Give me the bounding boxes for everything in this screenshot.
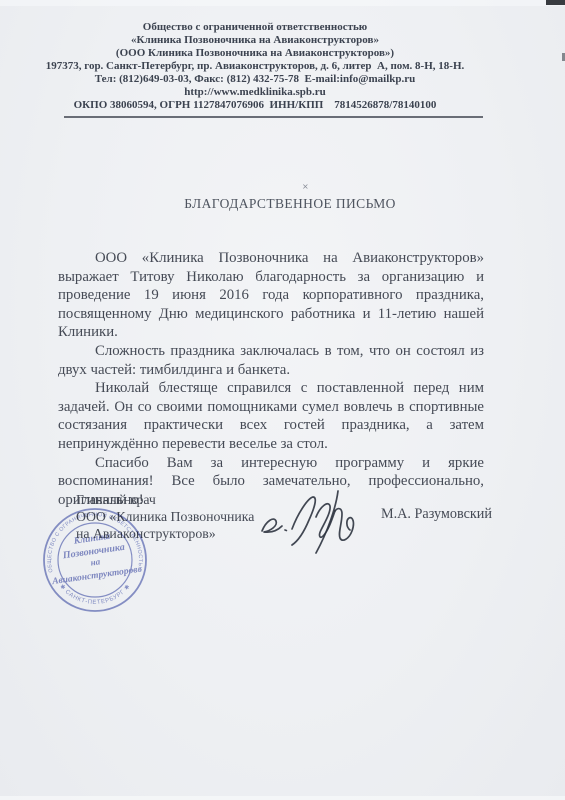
stamp-center-line-4: Авиаконструкторов»: [51, 565, 143, 588]
letter-body: ООО «Клиника Позвоночника на Авиаконстру…: [58, 249, 484, 509]
signer-name: М.А. Разумовский: [381, 506, 492, 523]
letterhead-company-short-name: (ООО Клиника Позвоночника на Авиаконстру…: [0, 47, 510, 60]
body-paragraph-2: Сложность праздника заключалась в том, ч…: [58, 342, 484, 379]
scan-edge-top: [0, 0, 565, 6]
letterhead-company-form: Общество с ограниченной ответственностью: [0, 21, 510, 34]
scan-artifact-speck: ×: [302, 182, 309, 191]
scanned-letter-page: Общество с ограниченной ответственностью…: [0, 0, 565, 800]
letterhead-website: http://www.medklinika.spb.ru: [0, 86, 510, 99]
stamp-center-line-3: на: [90, 556, 101, 567]
company-round-stamp: ОБЩЕСТВО С ОГРАНИЧЕННОЙ ОТВЕТСТВЕННОСТЬЮ…: [15, 480, 175, 640]
letterhead: Общество с ограниченной ответственностью…: [0, 21, 510, 112]
letterhead-divider: [64, 116, 483, 118]
scan-artifact-corner: [546, 0, 565, 5]
letterhead-company-name: «Клиника Позвоночника на Авиаконструктор…: [0, 34, 510, 47]
document-title: БЛАГОДАРСТВЕННОЕ ПИСЬМО: [40, 196, 540, 212]
scan-edge-bottom: [0, 796, 565, 800]
body-paragraph-3: Николай блестяще справился с поставленно…: [58, 379, 484, 453]
letterhead-phone-fax-email: Тел: (812)649-03-03, Факс: (812) 432-75-…: [0, 73, 510, 86]
handwritten-signature: [252, 483, 367, 559]
body-paragraph-1: ООО «Клиника Позвоночника на Авиаконстру…: [58, 249, 484, 342]
letterhead-address: 197373, гор. Санкт-Петербург, пр. Авиако…: [0, 60, 510, 73]
letterhead-registration-codes: ОКПО 38060594, ОГРН 1127847076906 ИНН/КП…: [0, 99, 510, 112]
